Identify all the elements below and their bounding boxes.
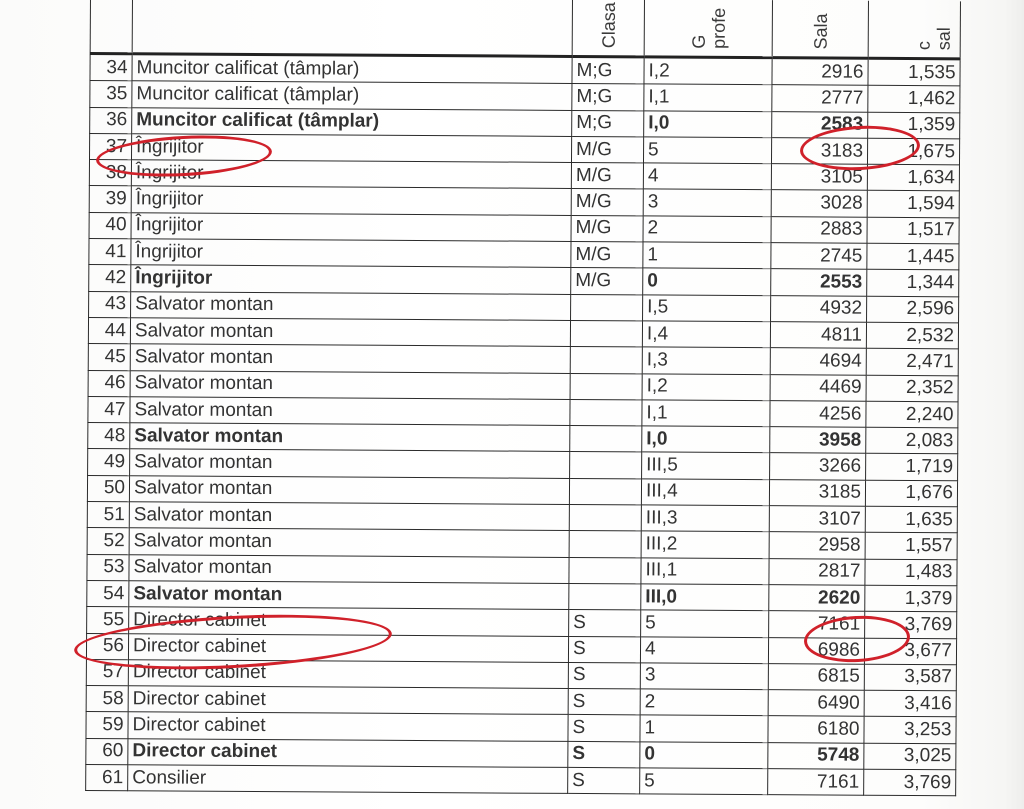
- cell-nr: 54: [87, 580, 129, 607]
- cell-grad: I,2: [642, 373, 770, 400]
- cell-clasa: [569, 583, 641, 610]
- header-grad: G profe: [644, 0, 772, 58]
- cell-salariu: 3028: [771, 190, 867, 217]
- cell-nr: 41: [89, 239, 131, 266]
- cell-nr: 53: [87, 554, 129, 581]
- cell-nr: 59: [86, 712, 128, 739]
- cell-salariu: 3266: [770, 453, 866, 480]
- cell-grad: III,1: [641, 558, 769, 585]
- cell-salariu: 6180: [768, 716, 864, 743]
- cell-salariu: 2817: [769, 558, 865, 585]
- cell-coeficient: 2,471: [866, 349, 958, 376]
- cell-nr: 61: [86, 765, 128, 792]
- cell-grad: I,0: [644, 110, 772, 137]
- cell-functie: Îngrijitor: [131, 239, 571, 268]
- cell-grad: III,5: [642, 452, 770, 479]
- cell-salariu: 7161: [768, 769, 864, 796]
- cell-salariu: 3958: [770, 427, 866, 454]
- cell-nr: 60: [86, 738, 128, 765]
- cell-salariu: 2620: [769, 585, 865, 612]
- table-row: 61ConsilierS571613,769: [86, 765, 956, 797]
- cell-salariu: 3185: [769, 479, 865, 506]
- header-coeficient: c sal: [868, 1, 960, 59]
- cell-salariu: 6815: [768, 663, 864, 690]
- cell-functie: Director cabinet: [128, 686, 568, 715]
- cell-coeficient: 3,677: [864, 638, 956, 665]
- cell-functie: Îngrijitor: [131, 265, 571, 294]
- cell-clasa: M/G: [571, 215, 643, 242]
- cell-grad: I,1: [642, 400, 770, 427]
- cell-nr: 40: [89, 212, 131, 239]
- cell-coeficient: 1,445: [867, 243, 959, 270]
- cell-grad: I,3: [642, 347, 770, 374]
- cell-clasa: M/G: [571, 163, 643, 190]
- cell-functie: Salvator montan: [130, 397, 570, 426]
- cell-nr: 46: [88, 370, 130, 397]
- cell-coeficient: 1,557: [865, 533, 957, 560]
- cell-grad: I,5: [643, 295, 771, 322]
- cell-functie: Salvator montan: [129, 581, 569, 610]
- cell-salariu: 7161: [769, 611, 865, 638]
- cell-clasa: S: [569, 610, 641, 637]
- cell-clasa: [571, 294, 643, 321]
- cell-clasa: [569, 557, 641, 584]
- table-body: 34Muncitor calificat (tâmplar)M;GI,22916…: [86, 54, 960, 797]
- cell-functie: Director cabinet: [128, 633, 568, 662]
- cell-salariu: 3105: [771, 164, 867, 191]
- cell-clasa: S: [568, 767, 640, 794]
- cell-functie: Salvator montan: [130, 370, 570, 399]
- cell-functie: Îngrijitor: [131, 213, 571, 242]
- cell-grad: I,1: [644, 84, 772, 111]
- cell-coeficient: 1,462: [868, 86, 960, 113]
- cell-nr: 38: [89, 160, 131, 187]
- cell-functie: Salvator montan: [130, 344, 570, 373]
- cell-salariu: 2553: [771, 269, 867, 296]
- cell-grad: I,4: [642, 321, 770, 348]
- cell-nr: 35: [90, 81, 132, 108]
- cell-grad: III,3: [641, 505, 769, 532]
- cell-nr: 49: [88, 449, 130, 476]
- cell-coeficient: 2,083: [866, 427, 958, 454]
- cell-clasa: [570, 399, 642, 426]
- cell-functie: Salvator montan: [129, 476, 569, 505]
- cell-salariu: 5748: [768, 742, 864, 769]
- cell-functie: Director cabinet: [128, 738, 568, 767]
- cell-nr: 43: [89, 291, 131, 318]
- cell-coeficient: 1,344: [867, 270, 959, 297]
- cell-functie: Îngrijitor: [131, 186, 571, 215]
- header-clasa: Clasa: [572, 0, 644, 57]
- cell-coeficient: 1,676: [865, 480, 957, 507]
- cell-functie: Muncitor calificat (tâmplar): [132, 54, 572, 84]
- cell-grad: III,0: [641, 584, 769, 611]
- cell-functie: Salvator montan: [131, 291, 571, 320]
- cell-clasa: [570, 373, 642, 400]
- cell-grad: 0: [643, 268, 771, 295]
- cell-coeficient: 3,769: [864, 769, 956, 796]
- cell-grad: 4: [643, 163, 771, 190]
- cell-salariu: 4469: [770, 374, 866, 401]
- cell-nr: 36: [90, 107, 132, 134]
- salary-table: Clasa G profe Sala c sal 34Muncitor cali…: [85, 0, 961, 797]
- cell-functie: Salvator montan: [130, 318, 570, 347]
- cell-functie: Director cabinet: [128, 712, 568, 741]
- page-margin: [1004, 0, 1024, 809]
- cell-salariu: 2583: [772, 111, 868, 138]
- cell-grad: 1: [643, 242, 771, 269]
- cell-clasa: [569, 531, 641, 558]
- table-header-row: Clasa G profe Sala c sal: [90, 0, 960, 59]
- cell-clasa: [570, 320, 642, 347]
- cell-coeficient: 1,483: [865, 559, 957, 586]
- cell-coeficient: 2,596: [867, 296, 959, 323]
- cell-clasa: [570, 426, 642, 453]
- cell-functie: Consilier: [128, 765, 568, 794]
- cell-coeficient: 1,719: [866, 454, 958, 481]
- cell-salariu: 4811: [770, 322, 866, 349]
- cell-coeficient: 1,594: [867, 191, 959, 218]
- cell-coeficient: 1,359: [868, 112, 960, 139]
- cell-grad: 5: [641, 610, 769, 637]
- cell-coeficient: 1,517: [867, 217, 959, 244]
- cell-functie: Îngrijitor: [131, 134, 571, 163]
- cell-grad: I,0: [642, 426, 770, 453]
- cell-clasa: M/G: [571, 242, 643, 269]
- cell-clasa: [569, 504, 641, 531]
- cell-nr: 39: [89, 186, 131, 213]
- cell-functie: Salvator montan: [129, 554, 569, 583]
- cell-grad: 2: [640, 689, 768, 716]
- cell-nr: 34: [90, 54, 132, 82]
- cell-coeficient: 2,352: [866, 375, 958, 402]
- cell-nr: 57: [86, 659, 128, 686]
- cell-salariu: 3107: [769, 506, 865, 533]
- cell-grad: 0: [640, 742, 768, 769]
- cell-nr: 42: [89, 265, 131, 292]
- scanned-page: Clasa G profe Sala c sal 34Muncitor cali…: [0, 0, 1024, 809]
- cell-coeficient: 2,532: [866, 322, 958, 349]
- cell-nr: 55: [87, 607, 129, 634]
- cell-coeficient: 1,535: [868, 58, 960, 86]
- cell-nr: 58: [86, 686, 128, 713]
- cell-nr: 37: [90, 133, 132, 160]
- cell-grad: 5: [643, 137, 771, 164]
- cell-salariu: 6490: [768, 690, 864, 717]
- cell-functie: Salvator montan: [130, 449, 570, 478]
- cell-clasa: S: [568, 636, 640, 663]
- cell-clasa: S: [568, 715, 640, 742]
- cell-salariu: 4932: [771, 295, 867, 322]
- cell-functie: Director cabinet: [128, 660, 568, 689]
- cell-coeficient: 3,416: [864, 690, 956, 717]
- cell-coeficient: 1,379: [865, 585, 957, 612]
- cell-clasa: S: [568, 689, 640, 716]
- cell-clasa: S: [568, 741, 640, 768]
- cell-salariu: 2958: [769, 532, 865, 559]
- cell-grad: 2: [643, 216, 771, 243]
- cell-coeficient: 3,025: [864, 743, 956, 770]
- cell-salariu: 3183: [771, 138, 867, 165]
- cell-salariu: 4256: [770, 401, 866, 428]
- cell-functie: Salvator montan: [130, 423, 570, 452]
- header-functie: [132, 0, 572, 56]
- cell-coeficient: 3,769: [865, 611, 957, 638]
- cell-grad: 4: [640, 636, 768, 663]
- cell-salariu: 2916: [772, 58, 868, 86]
- cell-functie: Salvator montan: [129, 528, 569, 557]
- cell-coeficient: 1,634: [867, 164, 959, 191]
- cell-clasa: M;G: [572, 84, 644, 111]
- cell-coeficient: 2,240: [866, 401, 958, 428]
- cell-clasa: M/G: [571, 136, 643, 163]
- cell-clasa: [570, 452, 642, 479]
- header-salariu: Sala: [772, 0, 868, 58]
- cell-salariu: 2745: [771, 243, 867, 270]
- cell-grad: 3: [640, 663, 768, 690]
- cell-nr: 47: [88, 396, 130, 423]
- cell-clasa: M;G: [572, 56, 644, 84]
- cell-nr: 45: [88, 344, 130, 371]
- cell-salariu: 2883: [771, 216, 867, 243]
- cell-coeficient: 3,587: [864, 664, 956, 691]
- cell-coeficient: 1,675: [867, 138, 959, 165]
- cell-functie: Muncitor calificat (tâmplar): [132, 81, 572, 110]
- cell-nr: 51: [87, 502, 129, 529]
- cell-grad: 3: [643, 189, 771, 216]
- cell-clasa: S: [568, 662, 640, 689]
- cell-salariu: 4694: [770, 348, 866, 375]
- cell-grad: III,4: [641, 479, 769, 506]
- cell-coeficient: 3,253: [864, 717, 956, 744]
- cell-functie: Îngrijitor: [131, 160, 571, 189]
- cell-nr: 52: [87, 528, 129, 555]
- cell-clasa: M;G: [572, 110, 644, 137]
- cell-grad: I,2: [644, 57, 772, 85]
- cell-functie: Salvator montan: [129, 502, 569, 531]
- cell-salariu: 2777: [772, 85, 868, 112]
- cell-clasa: [570, 347, 642, 374]
- cell-nr: 50: [87, 475, 129, 502]
- cell-nr: 48: [88, 423, 130, 450]
- header-nr: [90, 0, 132, 54]
- cell-clasa: [569, 478, 641, 505]
- cell-grad: III,2: [641, 531, 769, 558]
- cell-coeficient: 1,635: [865, 506, 957, 533]
- cell-clasa: M/G: [571, 268, 643, 295]
- cell-grad: 5: [640, 768, 768, 795]
- cell-nr: 44: [88, 317, 130, 344]
- cell-functie: Director cabinet: [129, 607, 569, 636]
- cell-salariu: 6986: [768, 637, 864, 664]
- cell-grad: 1: [640, 715, 768, 742]
- cell-nr: 56: [86, 633, 128, 660]
- cell-clasa: M/G: [571, 189, 643, 216]
- cell-functie: Muncitor calificat (tâmplar): [132, 107, 572, 136]
